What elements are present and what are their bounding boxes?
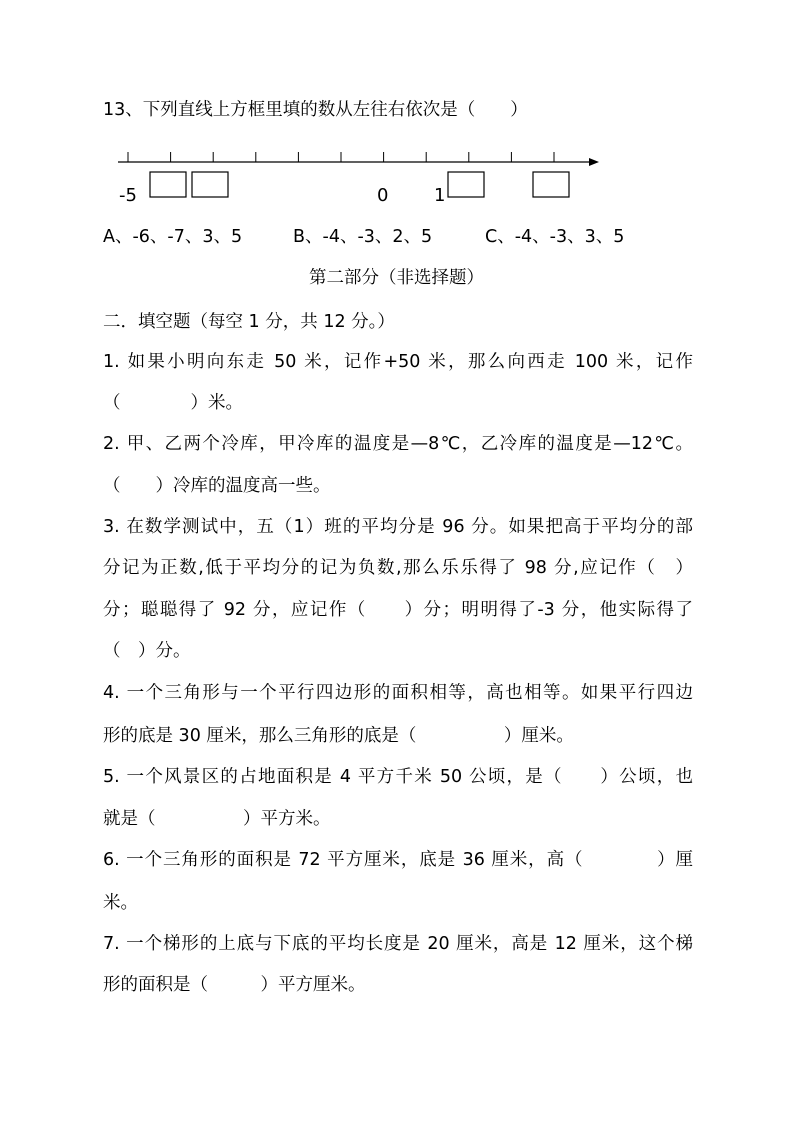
part2-heading: 第二部分（非选择题） (0, 266, 793, 290)
answer-box[interactable] (192, 172, 228, 197)
number-line-label: -5 (119, 186, 137, 206)
option-b[interactable]: B、-4、-3、2、5 (293, 225, 432, 249)
item-7-line-2: 形的面积是（ ）平方厘米。 (103, 973, 693, 997)
item-5-line-1: 5. 一个风景区的占地面积是 4 平方千米 50 公顷，是（ ）公顷，也 (103, 765, 693, 789)
item-3-line-3: 分；聪聪得了 92 分，应记作（ ）分；明明得了-3 分，他实际得了 (103, 598, 693, 622)
item-2-line-1: 2. 甲、乙两个冷库，甲冷库的温度是—8℃，乙冷库的温度是—12℃。 (103, 432, 693, 456)
section-title: 二．填空题（每空 1 分，共 12 分。） (103, 310, 693, 334)
option-c[interactable]: C、-4、-3、3、5 (485, 225, 624, 249)
number-line-label: 1 (434, 186, 445, 206)
item-1-line-2: （ ）米。 (103, 391, 693, 415)
item-3-line-1: 3. 在数学测试中，五（1）班的平均分是 96 分。如果把高于平均分的部 (103, 515, 693, 539)
option-a[interactable]: A、-6、-7、3、5 (103, 225, 242, 249)
item-1-line-1: 1. 如果小明向东走 50 米，记作+50 米，那么向西走 100 米，记作 (103, 350, 693, 374)
item-5-line-2: 就是（ ）平方米。 (103, 807, 693, 831)
arrow-right-icon (589, 158, 599, 166)
item-4-line-2: 形的底是 30 厘米，那么三角形的底是（ ）厘米。 (103, 724, 693, 748)
answer-box[interactable] (448, 172, 484, 197)
answer-box[interactable] (533, 172, 569, 197)
item-6-line-2: 米。 (103, 891, 693, 915)
item-4-line-1: 4. 一个三角形与一个平行四边形的面积相等，高也相等。如果平行四边 (103, 681, 693, 705)
item-2-line-2: （ ）冷库的温度高一些。 (103, 474, 693, 498)
item-7-line-1: 7. 一个梯形的上底与下底的平均长度是 20 厘米，高是 12 厘米，这个梯 (103, 932, 693, 956)
item-6-line-1: 6. 一个三角形的面积是 72 平方厘米，底是 36 厘米，高（ ）厘 (103, 848, 693, 872)
item-3-line-2: 分记为正数,低于平均分的记为负数,那么乐乐得了 98 分,应记作（ ） (103, 556, 693, 580)
answer-box[interactable] (150, 172, 186, 197)
answer-boxes (150, 172, 569, 197)
number-line-ticks (128, 152, 554, 162)
item-3-line-4: （ ）分。 (103, 639, 693, 663)
number-line-label: 0 (377, 186, 388, 206)
